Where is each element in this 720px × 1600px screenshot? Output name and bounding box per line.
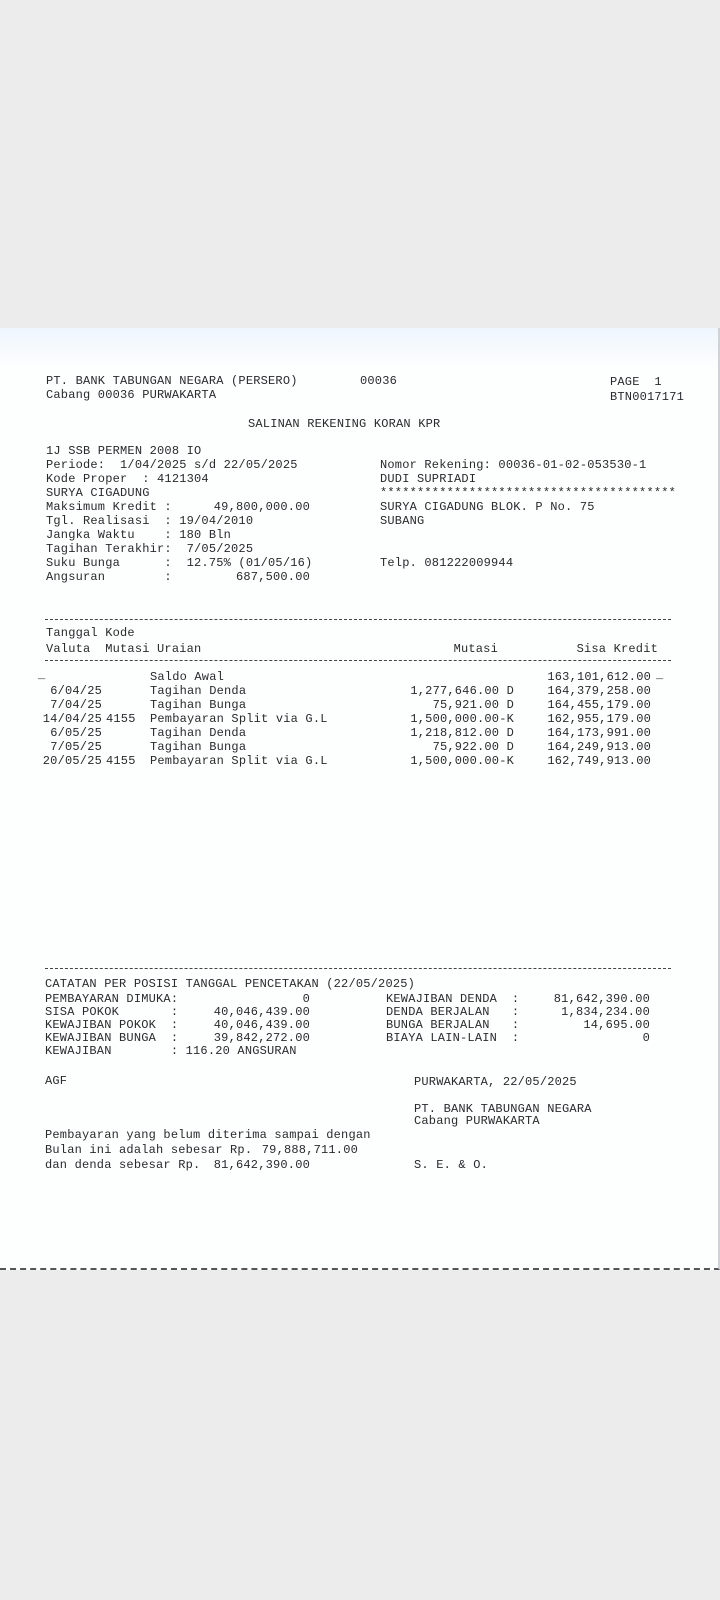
table-header-line-2: Valuta Mutasi Uraian	[46, 642, 201, 656]
branch-name: Cabang 00036 PURWAKARTA	[46, 388, 216, 402]
summary-value: 81,642,390.00	[530, 992, 650, 1006]
row-mutasi: 1,500,000.00-K	[380, 754, 514, 768]
row-sisa-kredit: 164,455,179.00	[530, 698, 651, 712]
place-date: PURWAKARTA, 22/05/2025	[414, 1075, 577, 1089]
phone-number: Telp. 081222009944	[380, 556, 513, 570]
row-sisa-kredit: 163,101,612.00	[530, 670, 651, 684]
divider	[45, 968, 671, 969]
summary-label: DENDA BERJALAN :	[386, 1005, 519, 1019]
summary-value: 0	[530, 1031, 650, 1045]
row-date: 6/05/25	[40, 726, 102, 740]
project-name: SURYA CIGADUNG	[46, 486, 150, 500]
row-sisa-kredit: 162,749,913.00	[530, 754, 651, 768]
max-credit-label: Maksimum Kredit :	[46, 500, 172, 514]
summary-label: BUNGA BERJALAN :	[386, 1018, 519, 1032]
column-header-sisa-kredit: Sisa Kredit	[540, 642, 658, 656]
period: Periode: 1/04/2025 s/d 22/05/2025	[46, 458, 298, 472]
note-line-2-value: 79,888,711.00	[230, 1143, 358, 1157]
table-header-line-1: Tanggal Kode	[46, 626, 135, 640]
summary-label: KEWAJIBAN POKOK :	[45, 1018, 178, 1032]
row-sisa-kredit: 164,249,913.00	[530, 740, 651, 754]
note-line-2-label: Bulan ini adalah sebesar Rp.	[45, 1143, 252, 1157]
document-code: BTN0017171	[610, 390, 684, 404]
kewajiban-installments: KEWAJIBAN : 116.20 ANGSURAN	[45, 1044, 297, 1058]
statement-page: PT. BANK TABUNGAN NEGARA (PERSERO) Caban…	[0, 328, 720, 1270]
seo-disclaimer: S. E. & O.	[414, 1158, 488, 1172]
row-sisa-kredit: 162,955,179.00	[530, 712, 651, 726]
row-date: 20/05/25	[40, 754, 102, 768]
row-date: 6/04/25	[40, 684, 102, 698]
row-description: Tagihan Denda	[150, 726, 246, 740]
page-number: PAGE 1	[610, 375, 662, 389]
row-mutasi: 75,922.00 D	[380, 740, 514, 754]
account-number: Nomor Rekening: 00036-01-02-053530-1	[380, 458, 646, 472]
summary-value: 40,046,439.00	[180, 1005, 310, 1019]
summary-label: KEWAJIBAN DENDA :	[386, 992, 519, 1006]
row-code: 4155	[106, 712, 136, 726]
summary-value: 0	[180, 992, 310, 1006]
bank-name: PT. BANK TABUNGAN NEGARA (PERSERO)	[46, 374, 298, 388]
row-description: Pembayaran Split via G.L	[150, 754, 328, 768]
note-line-3-label: dan denda sebesar Rp.	[45, 1158, 200, 1172]
row-description: Tagihan Denda	[150, 684, 246, 698]
address-line-2: SUBANG	[380, 514, 424, 528]
row-marker-left: _	[38, 668, 45, 682]
loan-term: Jangka Waktu : 180 Bln	[46, 528, 231, 542]
divider	[45, 619, 671, 620]
row-date: 7/05/25	[40, 740, 102, 754]
row-mutasi: 75,921.00 D	[380, 698, 514, 712]
row-sisa-kredit: 164,379,258.00	[530, 684, 651, 698]
row-description: Saldo Awal	[150, 670, 224, 684]
address-line-1: SURYA CIGADUNG BLOK. P No. 75	[380, 500, 595, 514]
last-bill-date: Tagihan Terakhir: 7/05/2025	[46, 542, 253, 556]
installment-label: Angsuran :	[46, 570, 172, 584]
row-description: Pembayaran Split via G.L	[150, 712, 328, 726]
row-date: 14/04/25	[40, 712, 102, 726]
row-description: Tagihan Bunga	[150, 698, 246, 712]
kode-proper: Kode Proper : 4121304	[46, 472, 209, 486]
row-description: Tagihan Bunga	[150, 740, 246, 754]
interest-rate: Suku Bunga : 12.75% (01/05/16)	[46, 556, 312, 570]
installment-value: 687,500.00	[180, 570, 310, 584]
footer-branch: Cabang PURWAKARTA	[414, 1114, 540, 1128]
program-code: 1J SSB PERMEN 2008 IO	[46, 444, 201, 458]
row-sisa-kredit: 164,173,991.00	[530, 726, 651, 740]
row-mutasi: 1,218,812.00 D	[380, 726, 514, 740]
summary-value: 40,046,439.00	[180, 1018, 310, 1032]
divider	[45, 660, 671, 661]
realization-date: Tgl. Realisasi : 19/04/2010	[46, 514, 253, 528]
customer-name: DUDI SUPRIADI	[380, 472, 476, 486]
max-credit-value: 49,800,000.00	[180, 500, 310, 514]
operator-code: AGF	[45, 1074, 67, 1088]
summary-value: 39,842,272.00	[180, 1031, 310, 1045]
summary-value: 1,834,234.00	[530, 1005, 650, 1019]
row-date: 7/04/25	[40, 698, 102, 712]
summary-label: PEMBAYARAN DIMUKA:	[45, 992, 178, 1006]
masked-line: ****************************************	[380, 486, 676, 500]
summary-label: BIAYA LAIN-LAIN :	[386, 1031, 519, 1045]
row-code: 4155	[106, 754, 136, 768]
column-header-mutasi: Mutasi	[400, 642, 498, 656]
branch-code: 00036	[360, 374, 397, 388]
note-line-3-value: 81,642,390.00	[190, 1158, 310, 1172]
note-line-1: Pembayaran yang belum diterima sampai de…	[45, 1128, 371, 1142]
summary-title: CATATAN PER POSISI TANGGAL PENCETAKAN (2…	[45, 977, 415, 991]
row-marker-right: _	[656, 668, 663, 682]
row-mutasi: 1,277,646.00 D	[380, 684, 514, 698]
summary-label: SISA POKOK :	[45, 1005, 178, 1019]
row-mutasi: 1,500,000.00-K	[380, 712, 514, 726]
summary-value: 14,695.00	[530, 1018, 650, 1032]
document-title: SALINAN REKENING KORAN KPR	[248, 417, 440, 431]
summary-label: KEWAJIBAN BUNGA :	[45, 1031, 178, 1045]
